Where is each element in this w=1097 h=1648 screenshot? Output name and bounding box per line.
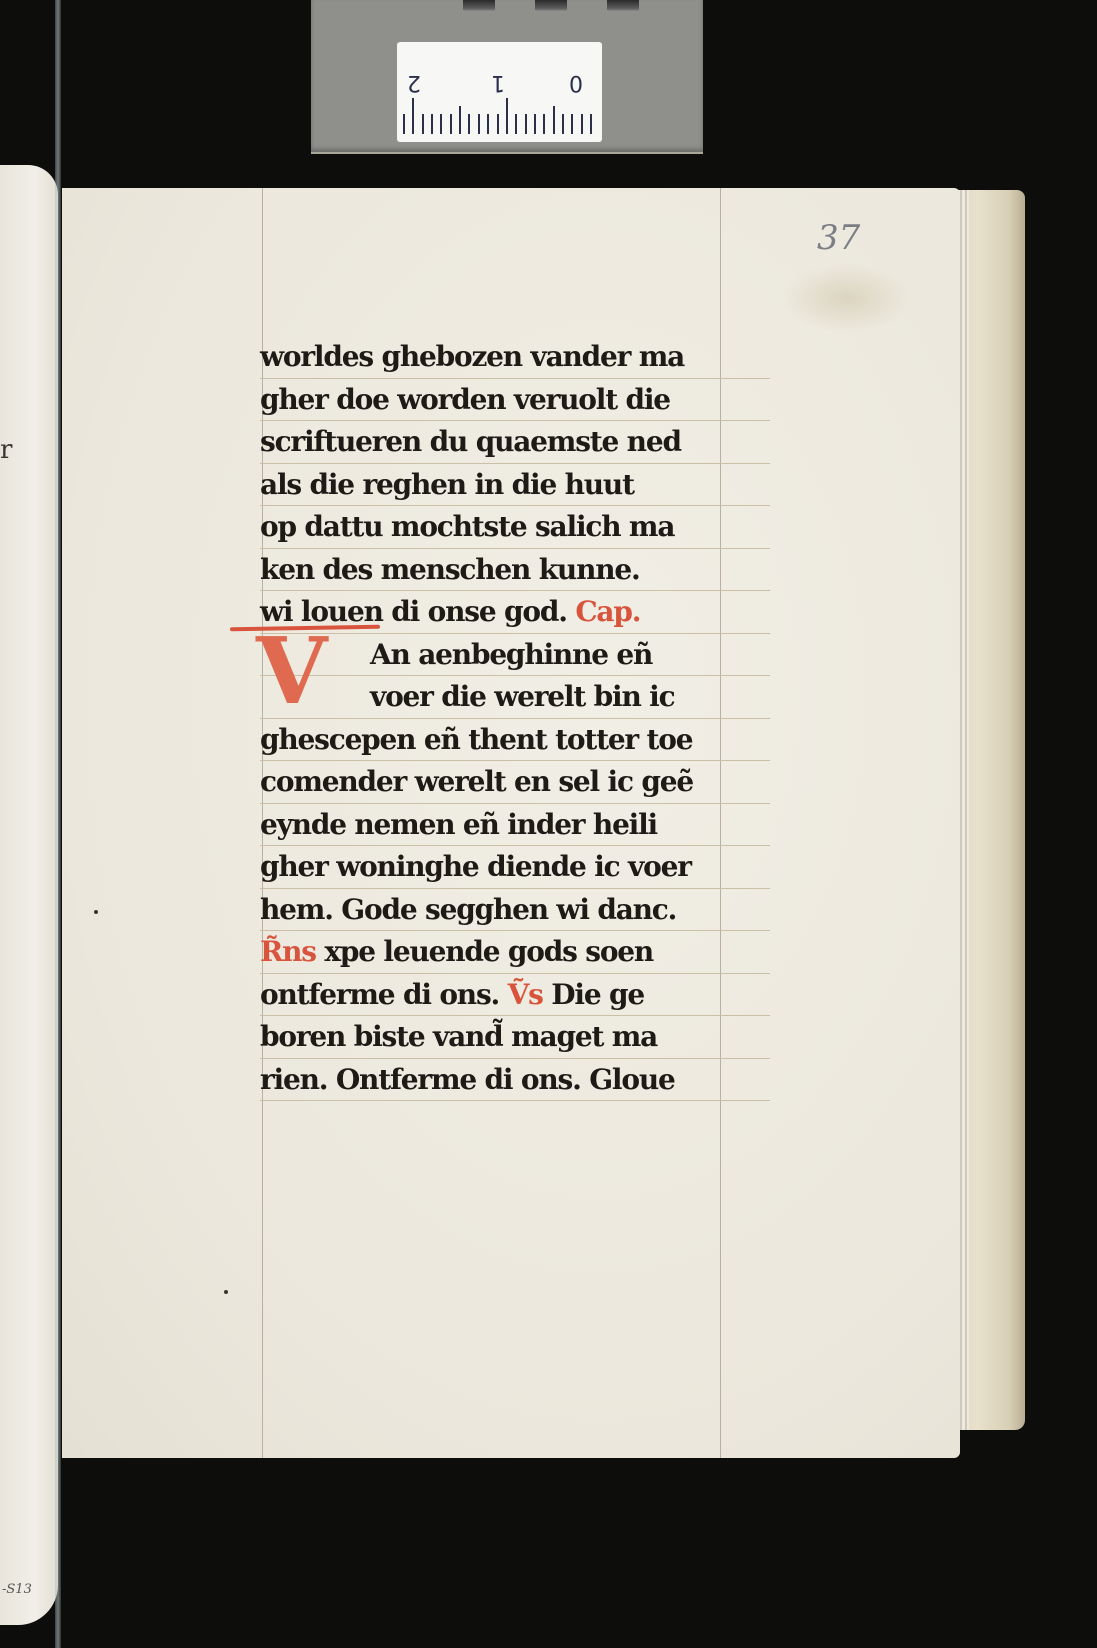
- text-line: ontferme di ons. Ṽs Die ge: [260, 974, 770, 1017]
- text-line: scriftueren du quaemste ned: [260, 421, 770, 464]
- text-line: hem. Gode segghen wi danc.: [260, 889, 770, 932]
- text-line: comender werelt en sel ic geẽ: [260, 761, 770, 804]
- ruler-tick: [440, 114, 442, 134]
- line-text: hem. Gode segghen wi danc.: [260, 893, 676, 926]
- ruler-tick: [571, 114, 573, 134]
- ruler-tick: [487, 114, 489, 134]
- scale-ruler: 2 1 0: [397, 42, 602, 142]
- line-text: An aenbeghinne eñ: [370, 638, 652, 671]
- line-text: ontferme di ons.: [260, 978, 499, 1011]
- text-line: gher doe worden veruolt die: [260, 379, 770, 422]
- margin-speck: [94, 910, 98, 914]
- ruler-tick: [468, 114, 470, 134]
- ruler-tick: [515, 114, 517, 134]
- line-text: scriftueren du quaemste ned: [260, 425, 681, 458]
- clip: [535, 0, 567, 12]
- line-text: comender werelt en sel ic geẽ: [260, 765, 693, 798]
- ruler-tick: [422, 114, 424, 134]
- line-text: ken des menschen kunne.: [260, 553, 640, 586]
- text-line: worldes ghebozen vander ma: [260, 336, 770, 379]
- ruler-tick: [497, 114, 499, 134]
- margin-speck: [224, 1290, 228, 1294]
- ruler-tick: [450, 114, 452, 134]
- ruler-tick: [412, 98, 414, 134]
- text-line: eynde nemen eñ inder heili: [260, 804, 770, 847]
- text-line: gher woninghe diende ic voer: [260, 846, 770, 889]
- text-line: R̃ns xpe leuende gods soen: [260, 931, 770, 974]
- line-text: worldes ghebozen vander ma: [260, 340, 684, 373]
- ruler-label-1: 1: [491, 70, 505, 95]
- line-text: gher doe worden veruolt die: [260, 383, 670, 416]
- text-line: ken des menschen kunne.: [260, 549, 770, 592]
- ruler-tick: [431, 114, 433, 134]
- left-page-shelfmark: -S13: [2, 1582, 32, 1597]
- decorated-initial: V: [230, 626, 360, 712]
- ruler-tick: [478, 114, 480, 134]
- ruler-tick: [590, 114, 592, 134]
- text-line: als die reghen in die huut: [260, 464, 770, 507]
- folio-number: 37: [817, 218, 860, 258]
- text-line: ghescepen eñ thent totter toe: [260, 719, 770, 762]
- line-text: ghescepen eñ thent totter toe: [260, 723, 692, 756]
- ruler-tick: [506, 98, 508, 134]
- line-text: boren biste vand̃ maget ma: [260, 1020, 657, 1053]
- glass-plate-edge: [55, 0, 61, 1648]
- ruler-tick: [581, 114, 583, 134]
- line-text: gher woninghe diende ic voer: [260, 850, 691, 883]
- line-text: op dattu mochtste salich ma: [260, 510, 674, 543]
- line-text: rien. Ontferme di ons. Gloue: [260, 1063, 675, 1096]
- ruler-tick: [543, 114, 545, 134]
- left-page-text-fragment: r: [0, 435, 12, 465]
- ruler-tick: [534, 114, 536, 134]
- ruler-tick: [525, 114, 527, 134]
- ruler-tick: [553, 106, 555, 134]
- rubric-responsorium: R̃ns: [260, 935, 316, 968]
- rubric-versus: Ṽs: [508, 978, 543, 1011]
- ruler-tick: [403, 114, 405, 134]
- ruler-label-0: 0: [569, 70, 583, 95]
- line-text: als die reghen in die huut: [260, 468, 634, 501]
- rubric-capitulum: Cap.: [575, 595, 640, 628]
- line-text: voer die werelt bin ic: [370, 680, 674, 713]
- line-text: eynde nemen eñ inder heili: [260, 808, 657, 841]
- line-text: Die ge: [551, 978, 644, 1011]
- ruler-label-2: 2: [407, 70, 421, 95]
- left-page-edge: r -S13: [0, 165, 58, 1625]
- text-line: boren biste vand̃ maget ma: [260, 1016, 770, 1059]
- ruler-tick: [562, 114, 564, 134]
- initial-letter: V: [256, 628, 327, 714]
- text-line: rien. Ontferme di ons. Gloue: [260, 1059, 770, 1102]
- stain: [782, 263, 912, 333]
- line-text: xpe leuende gods soen: [324, 935, 653, 968]
- clip: [607, 0, 639, 12]
- clip: [463, 0, 495, 12]
- ruler-ticks: [403, 94, 590, 134]
- ruler-clips: [463, 0, 639, 12]
- ruler-tick: [459, 106, 461, 134]
- text-block: worldes ghebozen vander ma gher doe word…: [260, 336, 770, 1101]
- manuscript-page-recto: 37 worldes ghebozen vander ma gher doe w…: [62, 188, 960, 1458]
- color-scale-card: 2 1 0: [311, 0, 703, 154]
- text-line: op dattu mochtste salich ma: [260, 506, 770, 549]
